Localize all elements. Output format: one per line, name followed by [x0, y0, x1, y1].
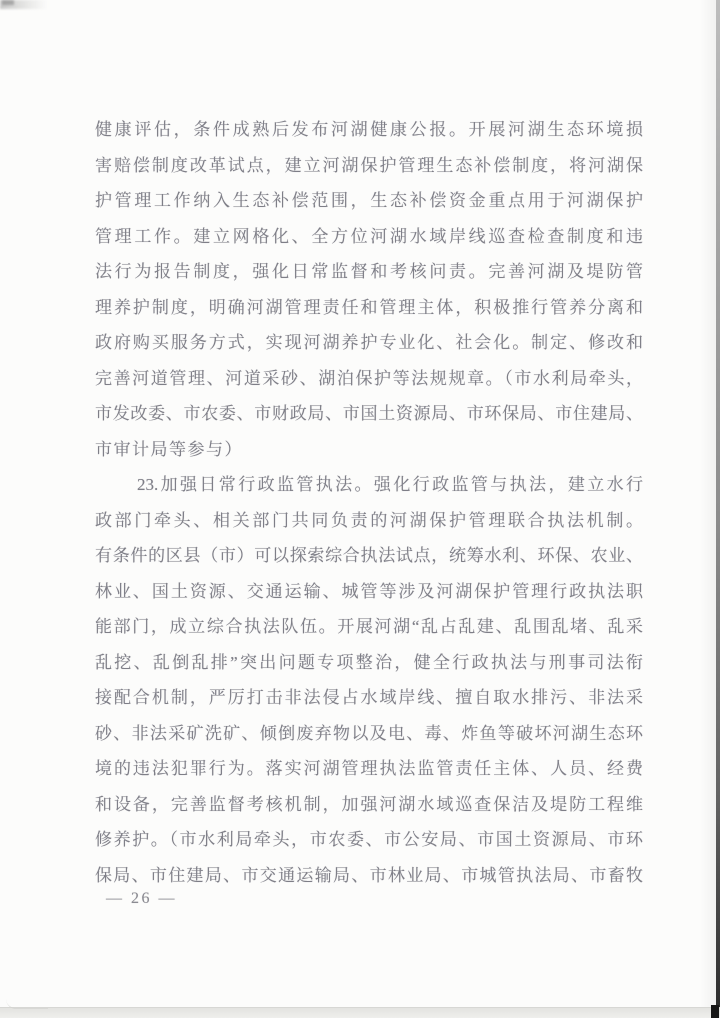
text-line: 完善河道管理、河道采砂、湖泊保护等法规规章。（市水利局牵头，: [95, 361, 643, 397]
text-line: 市审计局等参与）: [95, 432, 643, 468]
text-line: 市发改委、市农委、市财政局、市国土资源局、市环保局、市住建局、: [95, 396, 643, 432]
text-line: 修养护。（市水利局牵头，市农委、市公安局、市国土资源局、市环: [95, 822, 643, 858]
text-line: 保局、市住建局、市交通运输局、市林业局、市城管执法局、市畜牧: [95, 858, 643, 894]
scan-edge-right: [716, 0, 720, 1018]
page-number: — 26 —: [106, 887, 177, 911]
text-line: 有条件的区县（市）可以探索综合执法试点，统筹水利、环保、农业、: [95, 538, 643, 574]
text-line: 法行为报告制度，强化日常监督和考核问责。完善河湖及堤防管: [95, 254, 643, 290]
scan-band-bottom: [0, 1007, 720, 1018]
text-line: 害赔偿制度改革试点，建立河湖保护管理生态补偿制度，将河湖保: [95, 148, 643, 184]
text-line: 护管理工作纳入生态补偿范围，生态补偿资金重点用于河湖保护: [95, 183, 643, 219]
scanned-page: 健康评估，条件成熟后发布河湖健康公报。开展河湖生态环境损 害赔偿制度改革试点，建…: [0, 0, 720, 1018]
text-line: 乱挖、乱倒乱排”突出问题专项整治，健全行政执法与刑事司法衔: [95, 645, 643, 681]
text-line: 理养护制度，明确河湖管理责任和管理主体，积极推行管养分离和: [95, 290, 643, 326]
text-line: 健康评估，条件成熟后发布河湖健康公报。开展河湖生态环境损: [95, 112, 643, 148]
text-line: 林业、国土资源、交通运输、城管等涉及河湖保护管理行政执法职: [95, 574, 643, 610]
text-line: 砂、非法采矿洗矿、倾倒废弃物以及电、毒、炸鱼等破坏河湖生态环: [95, 716, 643, 752]
text-line: 接配合机制，严厉打击非法侵占水域岸线、擅自取水排污、非法采: [95, 680, 643, 716]
text-line: 23.加强日常行政监管执法。强化行政监管与执法，建立水行: [95, 467, 643, 503]
text-line: 管理工作。建立网格化、全方位河湖水域岸线巡查检查制度和违: [95, 219, 643, 255]
text-line: 境的违法犯罪行为。落实河湖管理执法监管责任主体、人员、经费: [95, 751, 643, 787]
text-line: 能部门，成立综合执法队伍。开展河湖“乱占乱建、乱围乱堵、乱采: [95, 609, 643, 645]
scan-line-bottom-left: [6, 999, 48, 1009]
text-line: 政府购买服务方式，实现河湖养护专业化、社会化。制定、修改和: [95, 325, 643, 361]
text-line: 政部门牵头、相关部门共同负责的河湖保护管理联合执法机制。: [95, 503, 643, 539]
scan-shading: [700, 0, 716, 1018]
text-line: 和设备，完善监督考核机制，加强河湖水域巡查保洁及堤防工程维: [95, 787, 643, 823]
scan-smudge-dot: [2, 0, 14, 5]
scan-mark-bottom-right: [711, 1005, 719, 1018]
document-body: 健康评估，条件成熟后发布河湖健康公报。开展河湖生态环境损 害赔偿制度改革试点，建…: [95, 112, 643, 893]
